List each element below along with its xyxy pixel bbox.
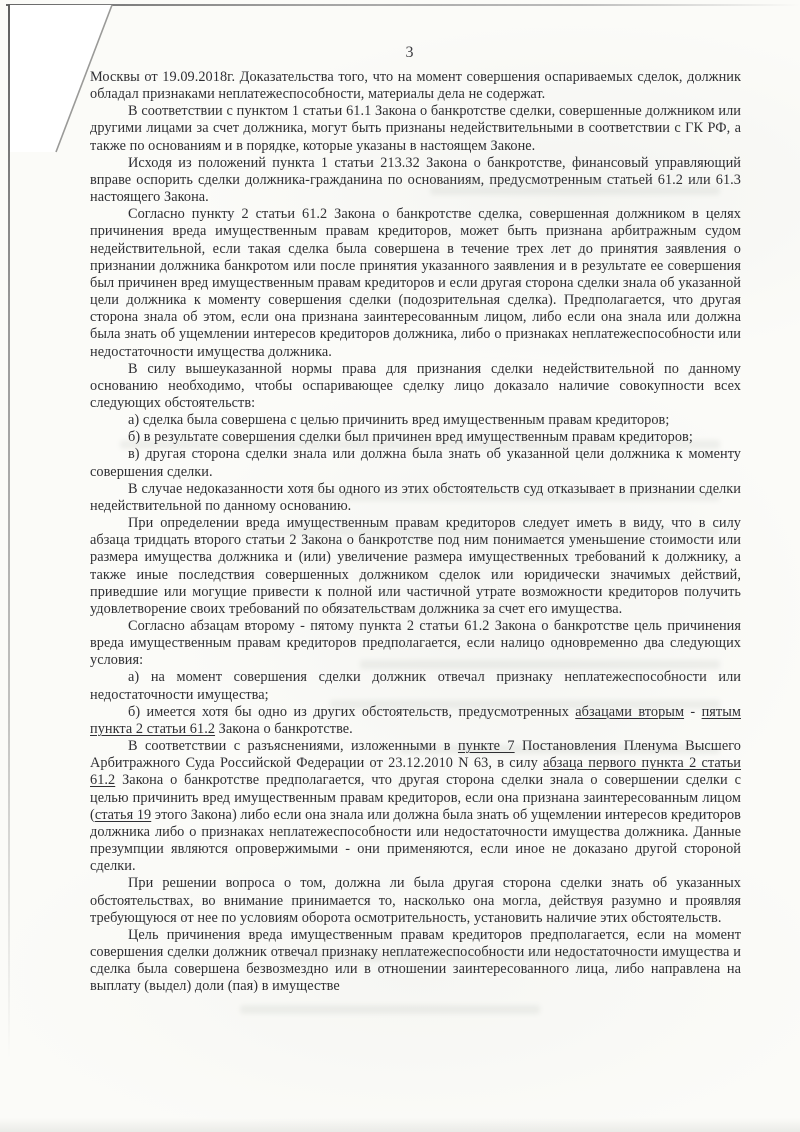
paragraph: В соответствии с пунктом 1 статьи 61.1 З… [90, 103, 741, 154]
paragraph-text: В соответствии с разъяснениями, изложенн… [128, 738, 458, 754]
paragraph: В силу вышеуказанной нормы права для при… [90, 361, 741, 412]
paragraph-text: Согласно абзацам второму - пятому пункта… [90, 618, 741, 668]
scanned-document-page: { "page": { "number": "3" }, "colors": {… [0, 0, 800, 1132]
paragraph: Москвы от 19.09.2018г. Доказательства то… [90, 69, 741, 103]
underlined-citation: пункте 7 [458, 738, 515, 754]
paragraph: б) имеется хотя бы одно из других обстоя… [90, 704, 741, 738]
paragraph-text: В случае недоказанности хотя бы одного и… [90, 481, 741, 514]
paragraph: В случае недоказанности хотя бы одного и… [90, 481, 741, 515]
paragraph: При решении вопроса о том, должна ли был… [90, 875, 741, 926]
paragraph: Цель причинения вреда имущественным прав… [90, 927, 741, 996]
paragraph-text: При определении вреда имущественным прав… [90, 515, 741, 617]
paragraph-text: в) другая сторона сделки знала или должн… [90, 446, 741, 479]
scan-bottom-shade [0, 1118, 800, 1132]
paragraph-text: Закона о банкротстве. [215, 721, 353, 737]
paragraph-text: Исходя из положений пункта 1 статьи 213.… [90, 155, 741, 205]
paragraph-text: а) на момент совершения сделки должник о… [90, 669, 741, 702]
paragraph-text: При решении вопроса о том, должна ли был… [90, 875, 741, 925]
paragraph: В соответствии с разъяснениями, изложенн… [90, 738, 741, 875]
paragraph: Исходя из положений пункта 1 статьи 213.… [90, 155, 741, 206]
paragraph-text: - [684, 704, 702, 720]
paragraph-text: Москвы от 19.09.2018г. Доказательства то… [90, 69, 741, 102]
page-number: 3 [0, 44, 800, 62]
paragraph: а) сделка была совершена с целью причини… [90, 412, 741, 429]
paragraph-text: а) сделка была совершена с целью причини… [128, 412, 669, 428]
paragraph: а) на момент совершения сделки должник о… [90, 669, 741, 703]
paragraph: б) в результате совершения сделки был пр… [90, 429, 741, 446]
paragraph: в) другая сторона сделки знала или должн… [90, 446, 741, 480]
paragraph: Согласно пункту 2 статьи 61.2 Закона о б… [90, 206, 741, 360]
paragraph-text: Цель причинения вреда имущественным прав… [90, 927, 741, 994]
paragraph-text: Согласно пункту 2 статьи 61.2 Закона о б… [90, 206, 741, 359]
document-body: Москвы от 19.09.2018г. Доказательства то… [90, 69, 741, 995]
paragraph-text: В силу вышеуказанной нормы права для при… [90, 361, 741, 411]
paragraph-text: б) имеется хотя бы одно из других обстоя… [128, 704, 575, 720]
underlined-citation: абзацами вторым [575, 704, 684, 720]
paragraph-text: В соответствии с пунктом 1 статьи 61.1 З… [90, 103, 741, 153]
paragraph-text: б) в результате совершения сделки был пр… [128, 429, 693, 445]
paragraph-text: этого Закона) либо если она знала или до… [90, 807, 741, 874]
paragraph: При определении вреда имущественным прав… [90, 515, 741, 618]
scan-artifact [240, 1005, 540, 1014]
paragraph: Согласно абзацам второму - пятому пункта… [90, 618, 741, 669]
underlined-citation: статья 19 [95, 807, 151, 823]
